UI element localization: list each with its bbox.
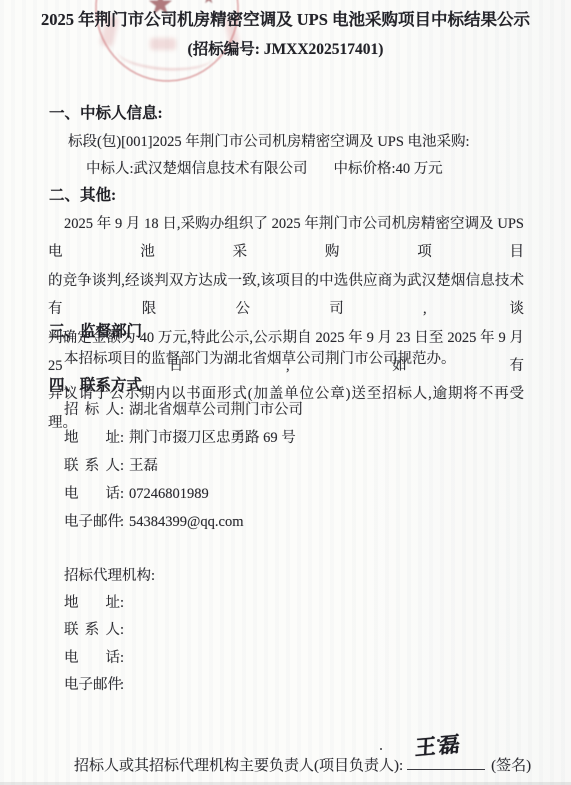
contact-label: 招标人 <box>64 401 120 419</box>
agency-row-person: 联系人: <box>64 621 129 639</box>
agency-row-email: 电子邮件: <box>64 676 129 694</box>
contact-row-phone: 电话:07246801989 <box>64 485 209 503</box>
agency-row-phone: 电话: <box>64 649 129 667</box>
contact-value: 湖北省烟草公司荆门市公司 <box>129 402 303 418</box>
colon: : <box>120 650 124 666</box>
agency-row-address: 地址: <box>64 594 129 612</box>
colon: : <box>120 458 124 474</box>
scanned-document-page: ★ ★ 2025 年荆门市公司机房精密空调及 UPS 电池采购项目中标结果公示 … <box>0 0 571 785</box>
ink-speck <box>437 739 440 742</box>
contact-label: 电话 <box>64 649 120 667</box>
section-2-heading: 二、其他: <box>49 186 116 205</box>
colon: : <box>120 402 124 418</box>
colon: : <box>120 622 124 638</box>
contact-value: 王磊 <box>129 458 158 474</box>
contact-label: 地址 <box>64 429 120 447</box>
document-title: 2025 年荆门市公司机房精密空调及 UPS 电池采购项目中标结果公示 <box>0 10 571 31</box>
agency-heading: 招标代理机构: <box>64 567 155 585</box>
contact-row-email: 电子邮件:54384399@qq.com <box>64 513 243 531</box>
contact-label: 联系人 <box>64 621 120 639</box>
colon: : <box>120 677 124 693</box>
contact-row-tenderer: 招标人:湖北省烟草公司荆门市公司 <box>64 401 303 419</box>
tender-number: (招标编号: JMXX202517401) <box>0 40 571 59</box>
colon: : <box>120 486 124 502</box>
sign-hint: (签名) <box>491 758 531 774</box>
contact-value: 07246801989 <box>129 486 209 502</box>
section-1-heading: 一、中标人信息: <box>49 104 163 123</box>
contact-value: 荆门市掇刀区忠勇路 69 号 <box>129 430 296 446</box>
colon: : <box>120 514 124 530</box>
colon: : <box>120 430 124 446</box>
contact-row-address: 地址:荆门市掇刀区忠勇路 69 号 <box>64 429 296 447</box>
colon: : <box>120 595 124 611</box>
contact-label: 电话 <box>64 485 120 503</box>
contact-value: 54384399@qq.com <box>129 514 243 530</box>
signature-underline: 王磊 <box>407 751 485 770</box>
responsible-person-line: 招标人或其招标代理机构主要负责人(项目负责人):王磊(签名) <box>74 751 531 776</box>
price-label: 中标价格 <box>334 161 392 177</box>
contact-label: 联系人 <box>64 457 120 475</box>
star-icon: ★ <box>202 0 215 8</box>
contact-label: 电子邮件 <box>64 513 120 531</box>
contact-row-person: 联系人:王磊 <box>64 457 158 475</box>
contact-label: 电子邮件 <box>64 676 120 694</box>
paragraph-line: 2025 年 9 月 18 日,采购办组织了 2025 年荆门市公司机房精密空调… <box>48 210 524 267</box>
supervision-body: 本招标项目的监督部门为湖北省烟草公司荆门市公司规范办。 <box>64 350 456 368</box>
winner-value: 武汉楚烟信息技术有限公司 <box>134 161 308 177</box>
section-4-heading: 四、联系方式 <box>49 376 142 395</box>
paragraph-line: 的竞争谈判,经谈判双方达成一致,该项目的中选供应商为武汉楚烟信息技术有限公司, … <box>48 267 524 324</box>
section-3-heading: 三、监督部门 <box>49 322 142 341</box>
contact-label: 地址 <box>64 594 120 612</box>
ink-speck <box>380 748 382 750</box>
winner-line: 中标人:武汉楚烟信息技术有限公司中标价格:40 万元 <box>86 160 443 178</box>
responsible-person-label: 招标人或其招标代理机构主要负责人(项目负责人): <box>74 758 403 774</box>
handwritten-signature: 王磊 <box>415 731 464 762</box>
lot-line: 标段(包)[001]2025 年荆门市公司机房精密空调及 UPS 电池采购: <box>68 133 470 151</box>
winner-label: 中标人 <box>86 161 130 177</box>
price-value: 40 万元 <box>396 161 443 177</box>
